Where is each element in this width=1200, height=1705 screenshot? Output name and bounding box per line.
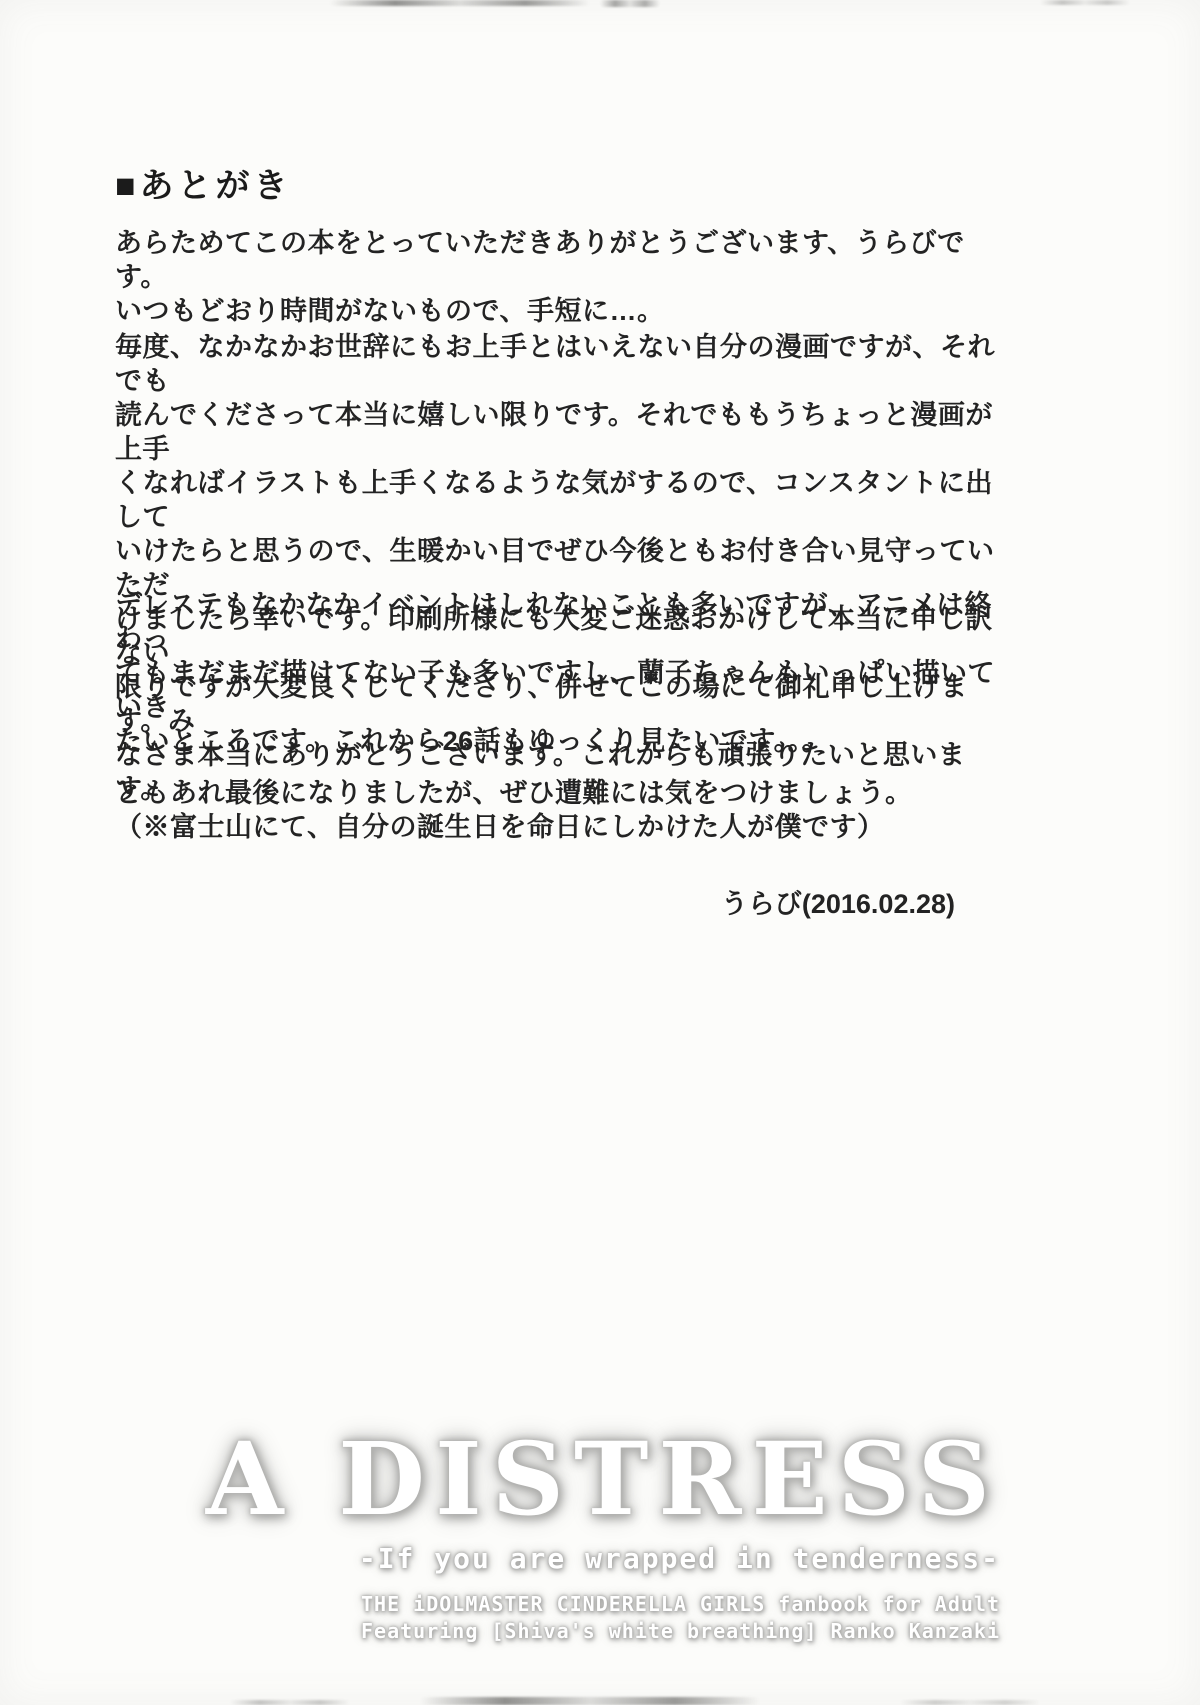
afterword-heading: ■あとがき [115,158,292,207]
scan-artifact-bottom [420,1697,760,1705]
book-credit-line-2: Featuring [Shiva's white breathing] Rank… [0,1618,1000,1645]
scan-artifact-bottom [230,1700,350,1705]
book-subtitle: -If you are wrapped in tenderness- [0,1542,1000,1575]
scanned-afterword-page: ■あとがき あらためてこの本をとっていただきありがとうございます、うらびです。 … [0,0,1200,1705]
scan-artifact-top [1040,0,1130,5]
scan-artifact-bottom [900,1700,1040,1705]
book-logo-block: A DISTRESS -If you are wrapped in tender… [0,1424,1000,1645]
author-signature-date: うらび(2016.02.28) [115,882,955,921]
scan-artifact-top [330,0,590,6]
afterword-paragraph-greeting: あらためてこの本をとっていただきありがとうございます、うらびです。 いつもどおり… [115,226,995,328]
scan-artifact-top [600,0,660,7]
book-title-logo: A DISTRESS [0,1424,1000,1534]
afterword-paragraph-closing: ともあれ最後になりましたが、ぜひ遭難には気をつけましょう。 （※富士山にて、自分… [115,776,995,844]
afterword-paragraph-dereste: デレステもなかなかイベントはしれないことも多いですが、アニメは終わっ てもまだま… [115,588,995,758]
book-credit-line-1: THE iDOLMASTER CINDERELLA GIRLS fanbook … [0,1591,1000,1618]
